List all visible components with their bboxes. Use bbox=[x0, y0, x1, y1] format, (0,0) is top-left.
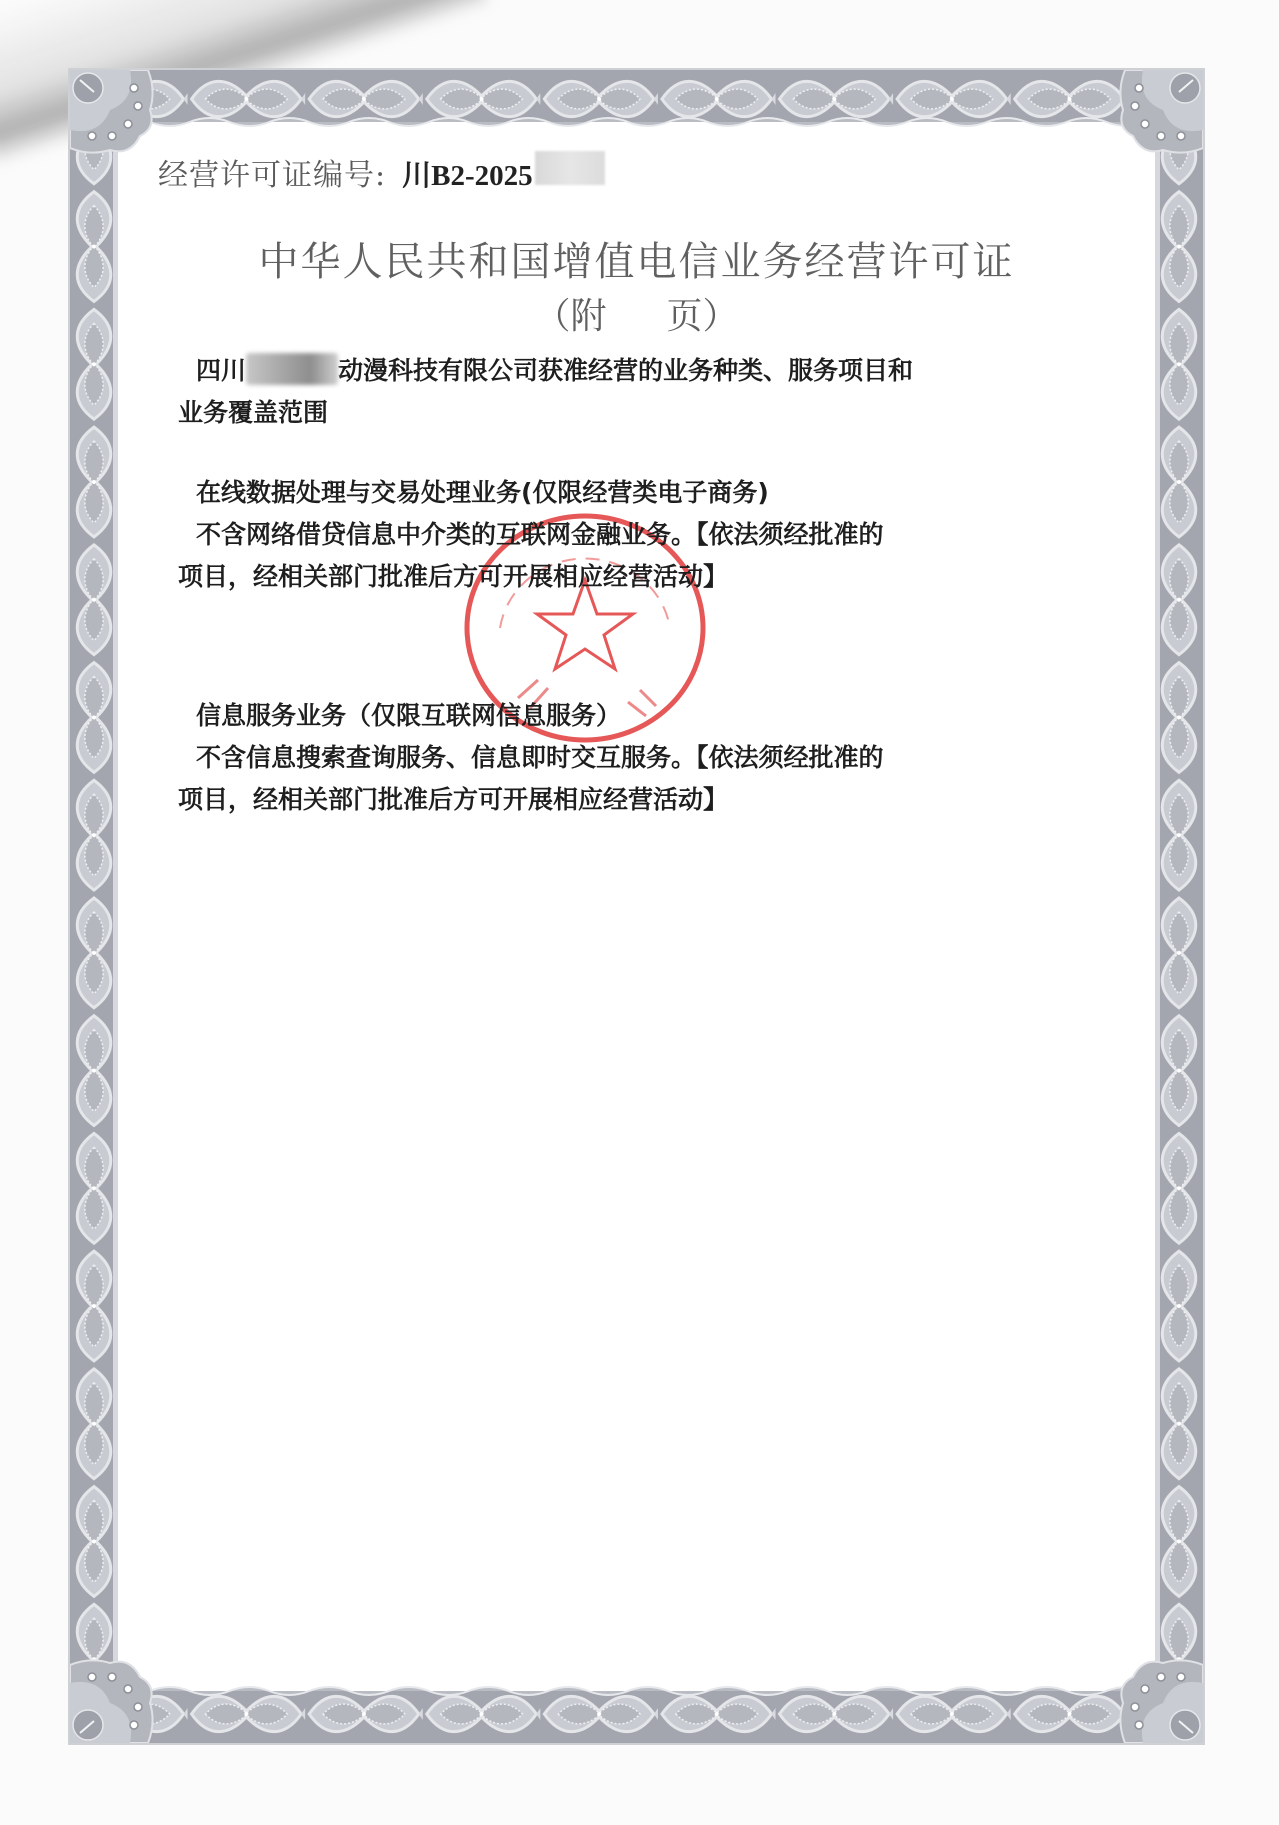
section-1-heading: 在线数据处理与交易处理业务(仅限经营类电子商务) bbox=[178, 472, 1158, 514]
company-suffix: 动漫科技有限公司获准经营的业务种类、服务项目和 bbox=[338, 356, 913, 385]
corner-rosette-top-right bbox=[1117, 70, 1203, 156]
business-section-1: 在线数据处理与交易处理业务(仅限经营类电子商务) 不含网络借贷信息中介类的互联网… bbox=[178, 472, 1158, 598]
redacted-license-digits bbox=[535, 151, 605, 185]
document-subtitle: （附页） bbox=[70, 288, 1203, 339]
license-number-row: 经营许可证编号: 川B2-2025 bbox=[158, 150, 605, 194]
business-section-2: 信息服务业务（仅限互联网信息服务） 不含信息搜索查询服务、信息即时交互服务。【依… bbox=[178, 695, 1158, 821]
company-prefix: 四川 bbox=[196, 356, 246, 385]
section-2-line-1: 不含信息搜索查询服务、信息即时交互服务。【依法须经批准的 bbox=[178, 737, 1158, 779]
subtitle-left: （附 bbox=[534, 296, 606, 337]
border-top bbox=[70, 70, 1203, 128]
section-1-line-2: 项目，经相关部门批准后方可开展相应经营活动】 bbox=[178, 556, 1158, 598]
company-line-2: 业务覆盖范围 bbox=[178, 392, 1158, 434]
corner-rosette-top-left bbox=[70, 70, 156, 156]
section-1-line-1: 不含网络借贷信息中介类的互联网金融业务。【依法须经批准的 bbox=[178, 514, 1158, 556]
license-number-value: 川B2-2025 bbox=[402, 153, 533, 194]
company-scope-statement: 四川动漫科技有限公司获准经营的业务种类、服务项目和 业务覆盖范围 bbox=[178, 350, 1158, 434]
section-2-heading: 信息服务业务（仅限互联网信息服务） bbox=[178, 695, 1158, 737]
corner-rosette-bottom-right bbox=[1117, 1657, 1203, 1743]
subtitle-right: 页） bbox=[667, 296, 739, 337]
redacted-company-name bbox=[246, 353, 338, 385]
company-line-1: 四川动漫科技有限公司获准经营的业务种类、服务项目和 bbox=[178, 350, 1158, 392]
document-title: 中华人民共和国增值电信业务经营许可证 bbox=[70, 230, 1203, 287]
license-number-label: 经营许可证编号: bbox=[158, 150, 386, 194]
border-bottom bbox=[70, 1685, 1203, 1743]
section-2-line-2: 项目，经相关部门批准后方可开展相应经营活动】 bbox=[178, 779, 1158, 821]
corner-rosette-bottom-left bbox=[70, 1657, 156, 1743]
license-certificate: 经营许可证编号: 川B2-2025 中华人民共和国增值电信业务经营许可证 （附页… bbox=[68, 68, 1205, 1745]
